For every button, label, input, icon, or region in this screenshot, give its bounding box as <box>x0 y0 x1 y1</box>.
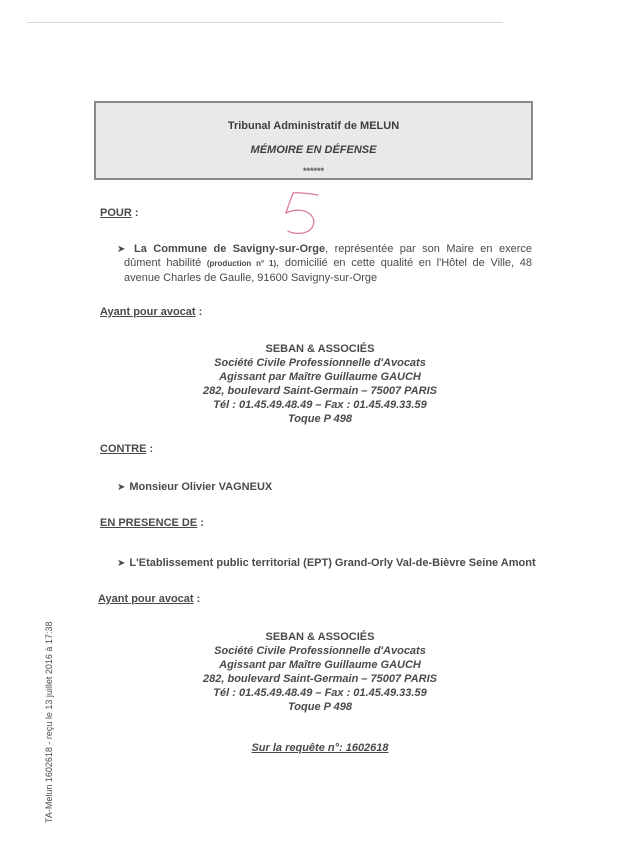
section-en-presence-title: EN PRESENCE DE : <box>100 517 204 529</box>
section-avocat-2-label: Ayant pour avocat <box>98 593 194 605</box>
section-avocat-2-title: Ayant pour avocat : <box>98 593 200 605</box>
section-en-presence-colon: : <box>197 517 204 529</box>
contre-party-name: Monsieur Olivier VAGNEUX <box>129 481 272 493</box>
lawyer-firm-type: Société Civile Professionnelle d'Avocats <box>200 356 440 370</box>
en-presence-party-name: L'Etablissement public territorial (EPT)… <box>129 557 535 569</box>
section-contre-title: CONTRE : <box>100 443 153 455</box>
en-presence-party-item: ➤L'Etablissement public territorial (EPT… <box>117 556 536 571</box>
lawyer-toque: Toque P 498 <box>200 700 440 714</box>
lawyer-block-1: SEBAN & ASSOCIÉS Société Civile Professi… <box>200 342 440 426</box>
document-type: MÉMOIRE EN DÉFENSE <box>96 144 531 156</box>
lawyer-firm-type: Société Civile Professionnelle d'Avocats <box>200 644 440 658</box>
lawyer-name: Agissant par Maître Guillaume GAUCH <box>200 370 440 384</box>
production-reference: (production n° 1) <box>207 259 276 268</box>
section-en-presence-label: EN PRESENCE DE <box>100 517 197 529</box>
lawyer-firm-name: SEBAN & ASSOCIÉS <box>200 342 440 356</box>
lawyer-firm-name: SEBAN & ASSOCIÉS <box>200 630 440 644</box>
section-pour-title: POUR : <box>100 207 139 219</box>
handwritten-number-annotation <box>281 191 321 237</box>
header-separator: ****** <box>96 166 531 176</box>
section-avocat-1-colon: : <box>196 306 203 318</box>
lawyer-name: Agissant par Maître Guillaume GAUCH <box>200 658 440 672</box>
scan-top-rule <box>27 22 503 23</box>
section-pour-label: POUR <box>100 207 132 219</box>
section-avocat-1-label: Ayant pour avocat <box>100 306 196 318</box>
request-number: Sur la requête n°: 1602618 <box>0 742 625 754</box>
lawyer-block-2: SEBAN & ASSOCIÉS Société Civile Professi… <box>200 630 440 714</box>
section-pour-colon: : <box>132 207 139 219</box>
pour-party-paragraph: La Commune de Savigny-sur-Orge, représen… <box>124 242 532 285</box>
lawyer-toque: Toque P 498 <box>200 412 440 426</box>
document-header-box: Tribunal Administratif de MELUN MÉMOIRE … <box>94 101 533 180</box>
lawyer-phone-fax: Tél : 01.45.49.48.49 – Fax : 01.45.49.33… <box>200 398 440 412</box>
section-contre-colon: : <box>146 443 153 455</box>
reception-stamp: TA-Melun 1602618 - reçu le 13 juillet 20… <box>44 622 54 823</box>
arrow-bullet-icon: ➤ <box>117 558 125 569</box>
section-avocat-2-colon: : <box>194 593 201 605</box>
pour-party-name: La Commune de Savigny-sur-Orge <box>134 243 325 255</box>
court-name: Tribunal Administratif de MELUN <box>96 120 531 132</box>
contre-party-item: ➤Monsieur Olivier VAGNEUX <box>117 480 272 495</box>
section-avocat-1-title: Ayant pour avocat : <box>100 306 202 318</box>
lawyer-phone-fax: Tél : 01.45.49.48.49 – Fax : 01.45.49.33… <box>200 686 440 700</box>
lawyer-address: 282, boulevard Saint-Germain – 75007 PAR… <box>200 384 440 398</box>
arrow-bullet-icon: ➤ <box>117 482 125 493</box>
lawyer-address: 282, boulevard Saint-Germain – 75007 PAR… <box>200 672 440 686</box>
section-contre-label: CONTRE <box>100 443 146 455</box>
